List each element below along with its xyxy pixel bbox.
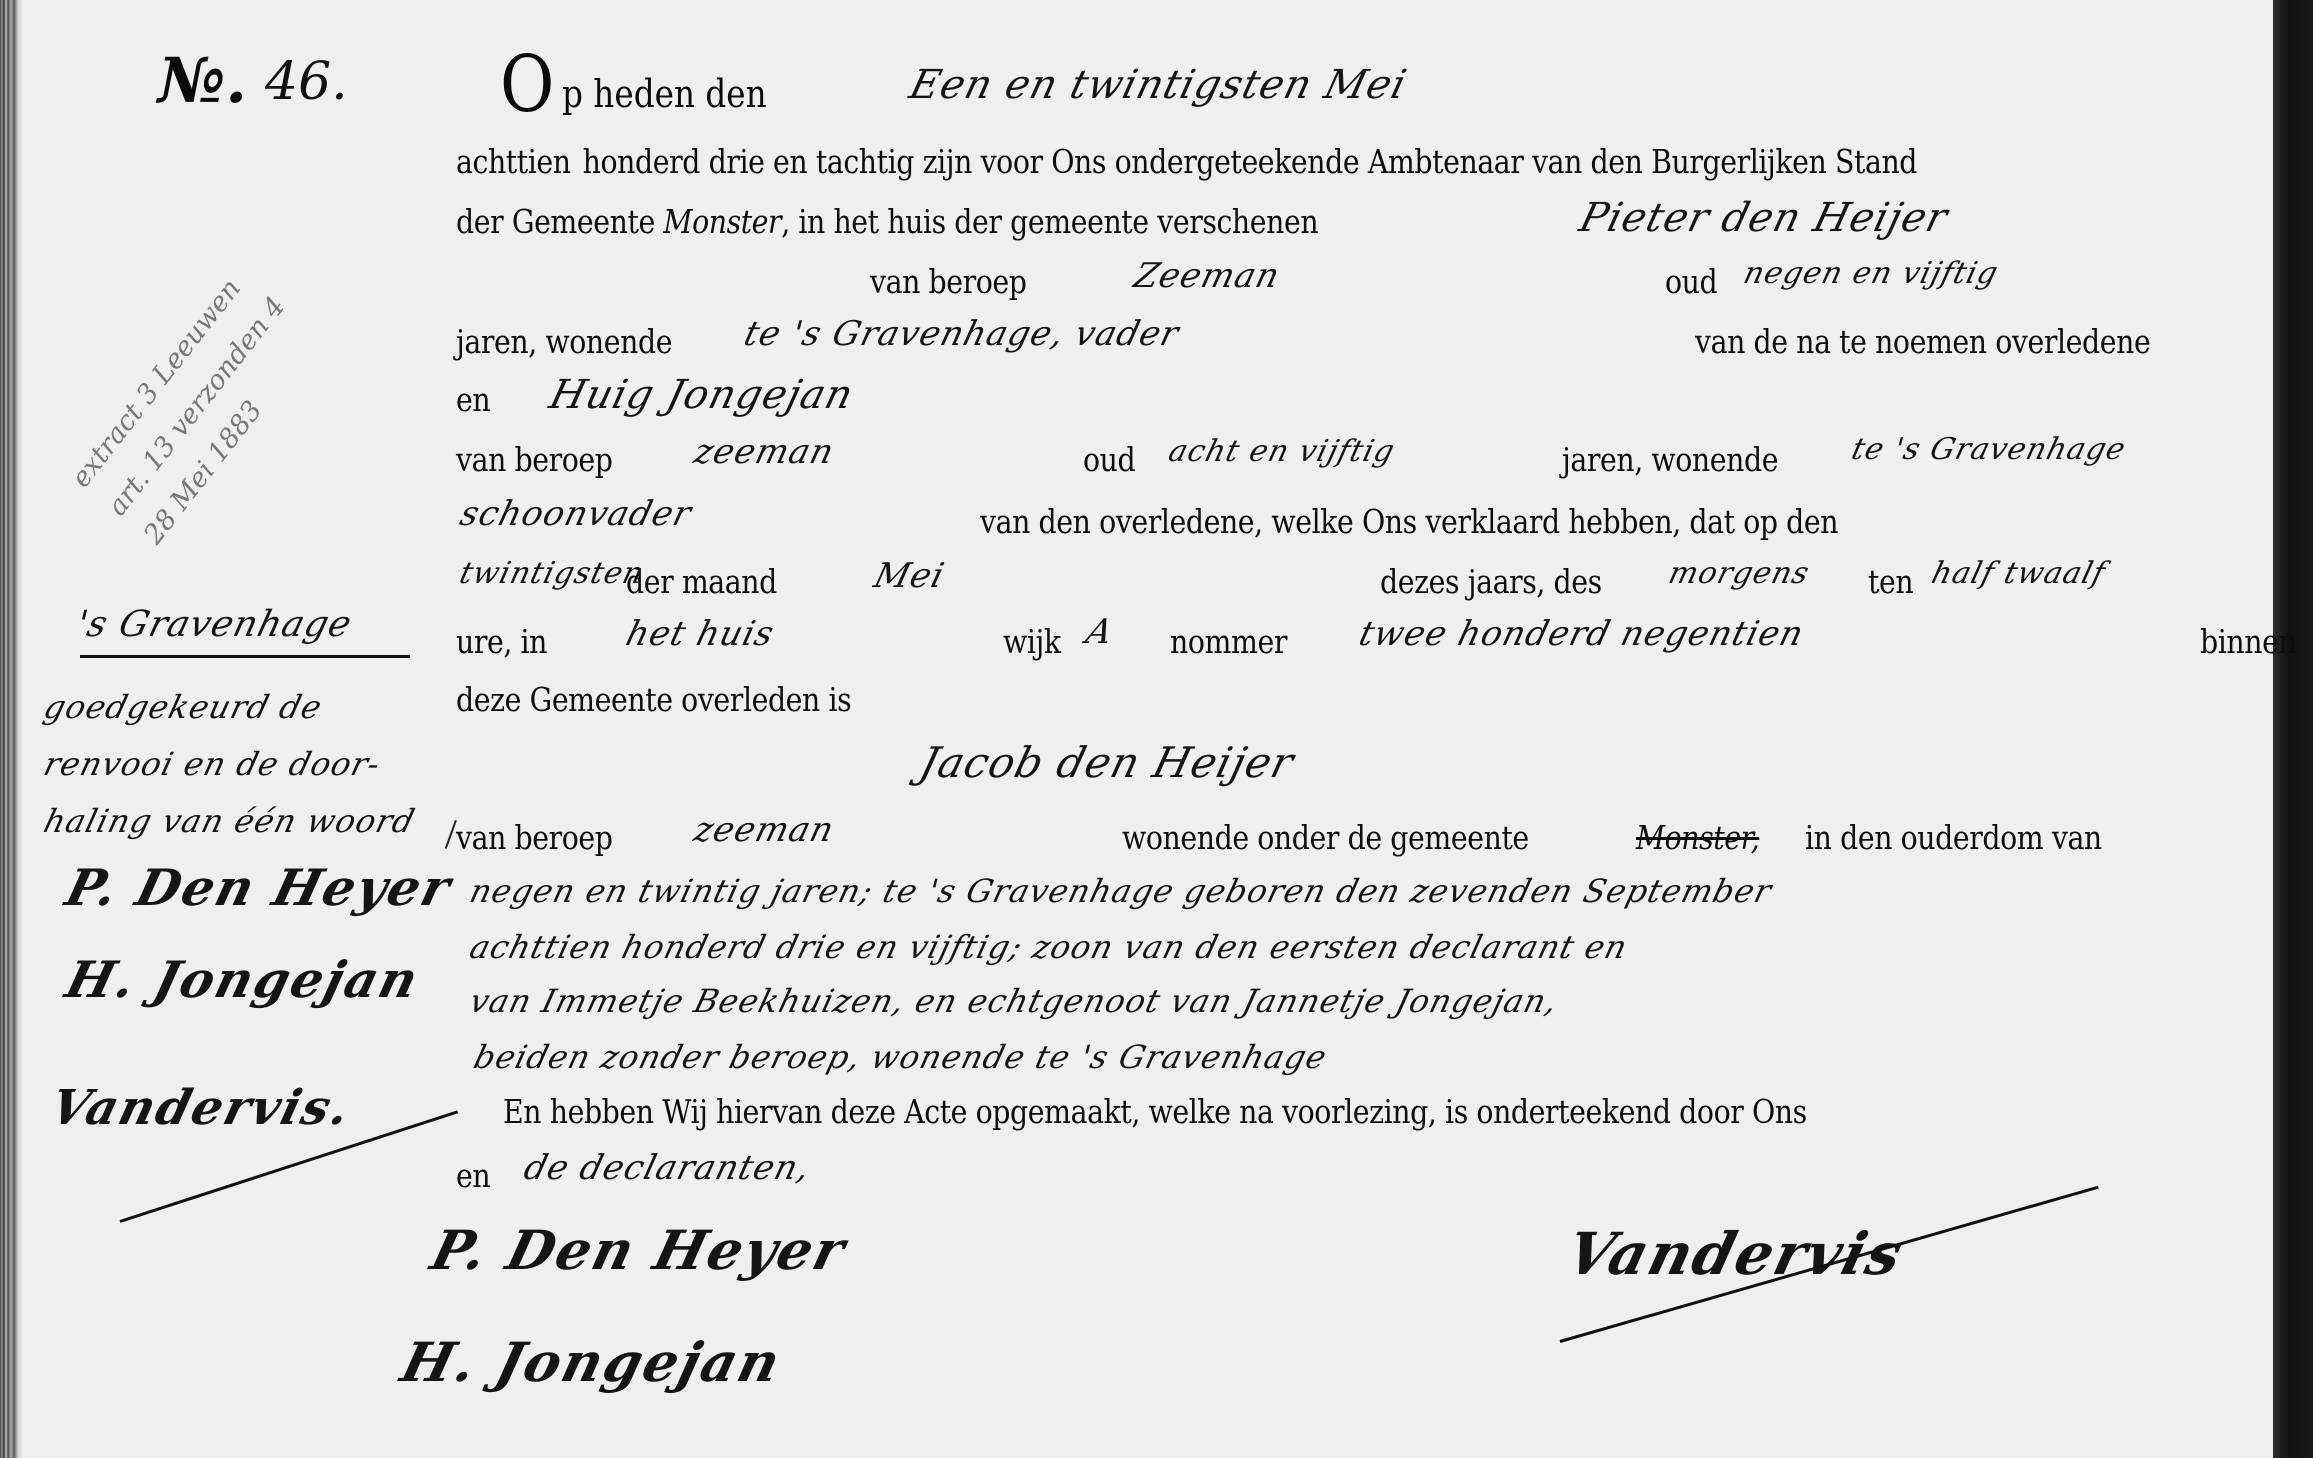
header-date-handwritten: Een en twintigsten Mei [905,62,1411,108]
declarant-2-occupation: zeeman [690,432,839,472]
header-text: p heden den [562,72,767,116]
margin-signature-3: Vandervis. [45,1080,357,1136]
line-5-printed-a: en [456,380,490,419]
line-6-printed-c: jaren, wonende [1562,440,1778,479]
line-12-printed-c: in den ouderdom van [1805,818,2102,857]
page-right-edge [2273,0,2313,1458]
declarant-2-residence: te 's Gravenhage [1848,432,2130,467]
declarant-1-occupation: Zeeman [1130,256,1284,296]
line-9-printed-d: binnen [2200,622,2296,661]
municipality-name: Monster [663,202,781,241]
death-ward: A [1082,612,1118,652]
margin-correction-line-1: goedgekeurd de [40,688,326,726]
margin-correction-underline [80,655,410,658]
parents-occupation-residence: beiden zonder beroep, wonende te 's Grav… [470,1038,1331,1076]
line-7-printed-b: van den overledene, welke Ons verklaard … [980,502,1838,541]
death-time-of-day: morgens [1665,556,1813,591]
death-place: het huis [622,614,779,654]
signature-declarant-2: H. Jongejan [395,1330,788,1394]
line-1-printed: achttienhonderd drie en tachtig zijn voo… [456,142,1917,181]
line-3-printed-a: van beroep [870,262,1027,301]
declarant-2-age: acht en vijftig [1165,434,1399,469]
record-number-label: №. [158,44,247,117]
margin-signature-2: H. Jongejan [60,950,426,1009]
death-day: twintigsten [456,556,648,591]
line-8-printed-c: dezes jaars, des [1380,562,1602,601]
line-8-printed-b: der maand [626,562,777,601]
line-2-printed: der Gemeente Monster, in het huis der ge… [456,202,1318,241]
margin-correction-line-2: renvooi en de door- [40,745,385,783]
signatories-declaranten: de declaranten, [520,1148,815,1188]
declarant-2-name: Huig Jongejan [545,372,858,418]
margin-diagonal-note: extract 3 Leeuwen art. 13 verzonden 4 28… [60,259,334,555]
margin-signature-1: P. Den Heyer [60,858,458,917]
deceased-occupation: zeeman [690,810,839,850]
signature-declarant-1: P. Den Heyer [425,1218,853,1282]
line-9-printed-c: nommer [1170,622,1287,661]
deceased-age-birth: negen en twintig jaren; te 's Gravenhage… [466,872,1776,910]
page-binding-edge [0,0,22,1458]
line-9-printed-b: wijk [1003,622,1061,661]
deceased-name: Jacob den Heijer [915,738,1299,787]
margin-correction-place: 's Gravenhage [72,604,356,645]
declarant-2-relation: schoonvader [456,494,696,534]
death-month: Mei [870,556,949,596]
declarant-1-residence: te 's Gravenhage, vader [740,314,1183,354]
record-number-value: 46. [265,52,348,112]
margin-correction-line-3: haling van één woord [40,802,419,840]
death-house-number: twee honderd negentien [1355,614,1808,654]
header-initial-letter: O [500,40,554,130]
struck-municipality: Monster, [1636,818,1759,857]
line-12-printed-b: wonende onder de gemeente [1122,818,1529,857]
document-page: №. 46. O p heden den Een en twintigsten … [0,0,2313,1458]
line-6-printed-a: van beroep [456,440,613,479]
death-hour: half twaalf [1928,556,2109,591]
deceased-birth-year-parents: achttien honderd drie en vijftig; zoon v… [466,928,1632,966]
closing-statement: En hebben Wij hiervan deze Acte opgemaak… [503,1092,1807,1131]
line-3-printed-b: oud [1665,262,1717,301]
line-12-printed-a: van beroep [456,818,613,857]
deceased-mother-spouse: van Immetje Beekhuizen, en echtgenoot va… [466,982,1562,1020]
declarant-1-name: Pieter den Heijer [1575,195,1953,241]
line-6-printed-b: oud [1083,440,1135,479]
line-4-printed-b: van de na te noemen overledene [1695,322,2150,361]
line-8-printed-d: ten [1868,562,1913,601]
line-18-printed-a: en [456,1156,490,1195]
line-9-printed-a: ure, in [456,622,547,661]
line-10-printed: deze Gemeente overleden is [456,680,851,719]
declarant-1-age: negen en vijftig [1740,256,2002,291]
line-4-printed-a: jaren, wonende [456,322,672,361]
